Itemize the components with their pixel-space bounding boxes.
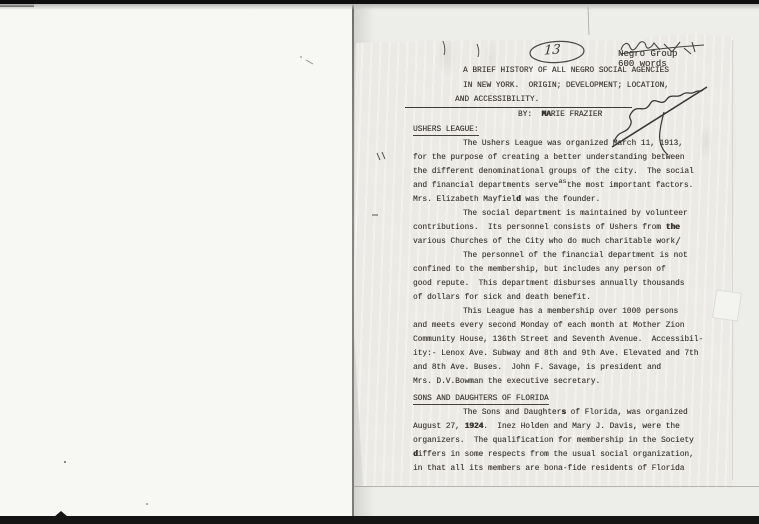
typed-line: confined to the membership, but includes… [413, 263, 723, 277]
typed-line: The social department is maintained by v… [463, 207, 723, 221]
typed-line: Community House, 136th Street and Sevent… [413, 333, 723, 347]
typed-line: Mrs. Elizabeth Mayfield was the founder. [413, 193, 723, 207]
typed-line: good repute. This department disburses a… [413, 277, 723, 291]
title-block: A BRIEF HISTORY OF ALL NEGRO SOCIAL AGEN… [413, 64, 723, 123]
handwritten-page-number: 13 [543, 42, 561, 58]
typed-line: ity:- Lenox Ave. Subway and 8th and 9th … [413, 347, 723, 361]
typed-line: The Sons and Daughters of Florida, was o… [463, 406, 723, 420]
typed-line: and financial departments serveasthe mos… [413, 179, 723, 193]
microfilm-scan: Negro Group 600 words 13 A BRIEF HISTORY… [0, 0, 759, 524]
film-bar-top-fade [0, 4, 759, 10]
typed-line: August 27, 1924. Inez Holden and Mary J.… [413, 420, 723, 434]
typed-line: in that all its members are bona-fide re… [413, 462, 723, 476]
typed-line: The Ushers League was organized March 11… [463, 137, 723, 151]
film-bar-bottom-bump [54, 511, 68, 517]
typed-line: organizers. The qualification for member… [413, 434, 723, 448]
section-ushers-league: USHERS LEAGUE:The Ushers League was orga… [413, 123, 723, 389]
dust-speck [300, 56, 302, 58]
page-bottom-edge [353, 486, 759, 487]
typed-line: This League has a membership over 1000 p… [463, 305, 723, 319]
typed-line: USHERS LEAGUE: [413, 123, 723, 137]
typed-line: the different denominational groups of t… [413, 165, 723, 179]
section-sons-daughters-florida: SONS AND DAUGHTERS OF FLORIDAThe Sons an… [413, 392, 723, 476]
blank-facing-page [0, 4, 352, 516]
typed-line: Mrs. D.V.Bowman the executive secretary. [413, 375, 723, 389]
typed-line: A BRIEF HISTORY OF ALL NEGRO SOCIAL AGEN… [463, 64, 723, 79]
typed-line: SONS AND DAUGHTERS OF FLORIDA [413, 392, 723, 406]
typed-line: AND ACCESSIBILITY. [455, 93, 723, 108]
typed-line: and 8th Ave. Buses. John F. Savage, is p… [413, 361, 723, 375]
title-rule [405, 107, 632, 108]
typed-line: contributions. Its personnel consists of… [413, 221, 723, 235]
typed-line: of dollars for sick and death benefit. [413, 291, 723, 305]
typed-line: The personnel of the financial departmen… [463, 249, 723, 263]
page-right-edge [732, 40, 733, 480]
typed-line: BY: MARIE FRAZIER [518, 108, 723, 123]
typed-line: IN NEW YORK. ORIGIN; DEVELOPMENT; LOCATI… [463, 79, 723, 94]
dust-speck [64, 461, 66, 463]
film-bar-bottom [0, 516, 759, 524]
typed-line: differs in some respects from the usual … [413, 448, 723, 462]
dust-speck [146, 503, 148, 505]
typed-line: for the purpose of creating a better und… [413, 151, 723, 165]
typed-line: various Churches of the City who do much… [413, 235, 723, 249]
typed-line: and meets every second Monday of each mo… [413, 319, 723, 333]
